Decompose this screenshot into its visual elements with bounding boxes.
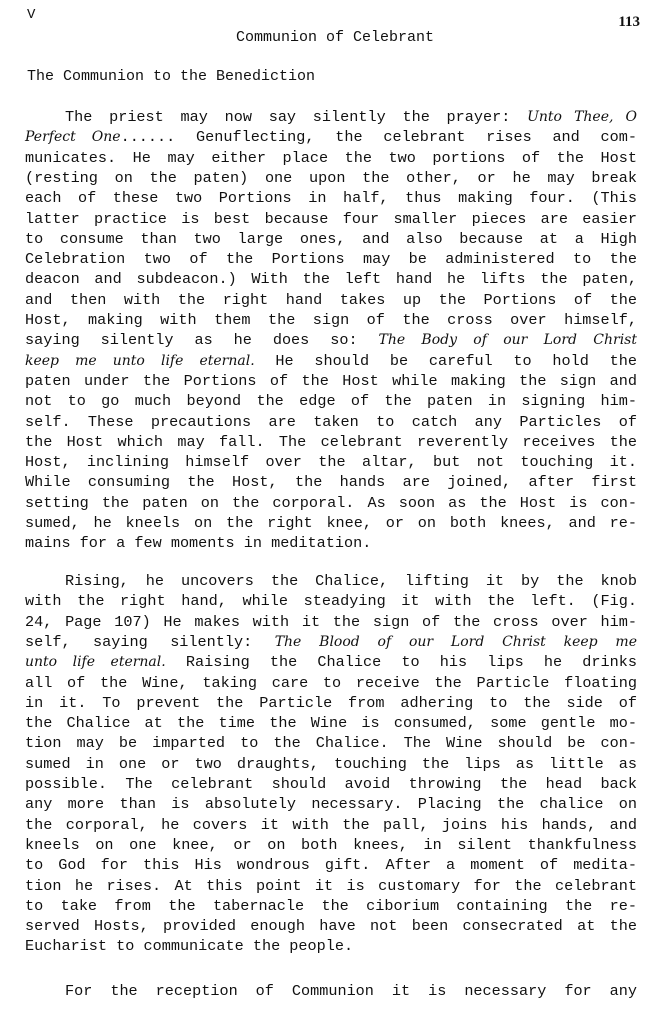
text-line: sumed, he kneels on the right knee, or o… [25, 513, 637, 533]
text-run: (resting on the paten) one upon the othe… [25, 169, 637, 187]
text-line: tion may be imparted to the Chalice. The… [25, 733, 637, 753]
text-run: paten under the Portions of the Host whi… [25, 372, 637, 390]
text-run: to take from the tabernacle the ciborium… [25, 897, 637, 915]
section-heading: The Communion to the Benediction [27, 68, 315, 85]
text-run: He should be careful to hold the [255, 352, 637, 370]
running-title: Communion of Celebrant [0, 29, 653, 46]
text-run: latter practice is best because four sma… [25, 210, 637, 228]
text-line: to God for this His wondrous gift. After… [25, 855, 637, 875]
text-line: not to go much beyond the edge of the pa… [25, 391, 637, 411]
italic-phrase: keep me unto life eternal. [25, 353, 255, 369]
folio-marker: V [27, 7, 35, 23]
text-line: (resting on the paten) one upon the othe… [25, 168, 637, 188]
italic-phrase: The Blood of our Lord Christ keep me [275, 634, 637, 650]
text-run: Celebration two of the Portions may be a… [25, 250, 637, 268]
text-line: municates. He may either place the two p… [25, 148, 637, 168]
text-run: all of the Wine, taking care to receive … [25, 674, 637, 692]
text-run: ...... Genuflecting, the celebrant rises… [121, 128, 637, 146]
text-run: kneels on one knee, or on both knees, in… [25, 836, 637, 854]
text-run: Rising, he uncovers the Chalice, lifting… [65, 572, 637, 590]
text-run: sumed, he kneels on the right knee, or o… [25, 514, 637, 532]
text-run: Eucharist to communicate the people. [25, 937, 353, 955]
text-run: The priest may now say silently the pray… [65, 108, 527, 126]
text-run: the corporal, he covers it with the pall… [25, 816, 637, 834]
text-line: unto life eternal. Raising the Chalice t… [25, 652, 637, 672]
text-line: sumed in one or two draughts, touching t… [25, 754, 637, 774]
text-run: municates. He may either place the two p… [25, 149, 637, 167]
text-line: keep me unto life eternal. He should be … [25, 351, 637, 371]
text-run: Raising the Chalice to his lips he drink… [166, 653, 637, 671]
text-line: with the right hand, while steadying it … [25, 591, 637, 611]
text-run: saying silently as he does so: [25, 331, 379, 349]
text-line: self. These precautions are taken to cat… [25, 412, 637, 432]
text-line: kneels on one knee, or on both knees, in… [25, 835, 637, 855]
text-line: tion he rises. At this point it is custo… [25, 876, 637, 896]
italic-phrase: unto life eternal. [25, 654, 166, 670]
text-run: deacon and subdeacon.) With the left han… [25, 270, 637, 288]
text-line: to consume than two large ones, and also… [25, 229, 637, 249]
text-line: 24, Page 107) He makes with it the sign … [25, 612, 637, 632]
text-line: each of these two Portions in half, thus… [25, 188, 637, 208]
text-line: in it. To prevent the Particle from adhe… [25, 693, 637, 713]
text-line: and then with the right hand takes up th… [25, 290, 637, 310]
text-run: self. These precautions are taken to cat… [25, 413, 637, 431]
text-line: latter practice is best because four sma… [25, 209, 637, 229]
text-run: and then with the right hand takes up th… [25, 291, 637, 309]
text-line: to take from the tabernacle the ciborium… [25, 896, 637, 916]
text-line: the corporal, he covers it with the pall… [25, 815, 637, 835]
text-run: sumed in one or two draughts, touching t… [25, 755, 637, 773]
text-run: tion may be imparted to the Chalice. The… [25, 734, 637, 752]
text-line: Eucharist to communicate the people. [25, 936, 637, 956]
text-line: any more than is absolutely necessary. P… [25, 794, 637, 814]
text-run: not to go much beyond the edge of the pa… [25, 392, 637, 410]
text-run: served Hosts, provided enough have not b… [25, 917, 637, 935]
text-run: While consuming the Host, the hands are … [25, 473, 637, 491]
text-run: mains for a few moments in meditation. [25, 534, 371, 552]
text-run: possible. The celebrant should avoid thr… [25, 775, 637, 793]
text-run: For the reception of Communion it is nec… [65, 982, 637, 1000]
text-run: to consume than two large ones, and also… [25, 230, 637, 248]
text-line: Celebration two of the Portions may be a… [25, 249, 637, 269]
text-run: with the right hand, while steadying it … [25, 592, 637, 610]
text-run: 24, Page 107) He makes with it the sign … [25, 613, 637, 631]
text-run: the Chalice at the time the Wine is cons… [25, 714, 637, 732]
text-line: Perfect One...... Genuflecting, the cele… [25, 127, 637, 147]
text-run: setting the paten on the corporal. As so… [25, 494, 637, 512]
italic-phrase: Perfect One [25, 129, 121, 145]
text-run: tion he rises. At this point it is custo… [25, 877, 637, 895]
text-line: For the reception of Communion it is nec… [25, 981, 637, 1001]
text-line: Host, making with them the sign of the c… [25, 310, 637, 330]
text-line: Rising, he uncovers the Chalice, lifting… [25, 571, 637, 591]
text-line: the Host which may fall. The celebrant r… [25, 432, 637, 452]
text-line: the Chalice at the time the Wine is cons… [25, 713, 637, 733]
text-line: mains for a few moments in meditation. [25, 533, 637, 553]
text-line: While consuming the Host, the hands are … [25, 472, 637, 492]
text-line: The priest may now say silently the pray… [25, 107, 637, 127]
text-line: setting the paten on the corporal. As so… [25, 493, 637, 513]
text-run: Host, making with them the sign of the c… [25, 311, 637, 329]
text-run: Host, inclining himself over the altar, … [25, 453, 637, 471]
text-line: paten under the Portions of the Host whi… [25, 371, 637, 391]
text-line: saying silently as he does so: The Body … [25, 330, 637, 350]
text-line: all of the Wine, taking care to receive … [25, 673, 637, 693]
text-run: to God for this His wondrous gift. After… [25, 856, 637, 874]
text-run: the Host which may fall. The celebrant r… [25, 433, 637, 451]
text-line: self, saying silently: The Blood of our … [25, 632, 637, 652]
italic-phrase: Unto Thee, O [527, 109, 637, 125]
text-line: Host, inclining himself over the altar, … [25, 452, 637, 472]
text-run: each of these two Portions in half, thus… [25, 189, 637, 207]
text-run: self, saying silently: [25, 633, 275, 651]
text-line: served Hosts, provided enough have not b… [25, 916, 637, 936]
text-run: in it. To prevent the Particle from adhe… [25, 694, 637, 712]
text-run: any more than is absolutely necessary. P… [25, 795, 637, 813]
italic-phrase: The Body of our Lord Christ [379, 332, 637, 348]
text-line: deacon and subdeacon.) With the left han… [25, 269, 637, 289]
text-line: possible. The celebrant should avoid thr… [25, 774, 637, 794]
